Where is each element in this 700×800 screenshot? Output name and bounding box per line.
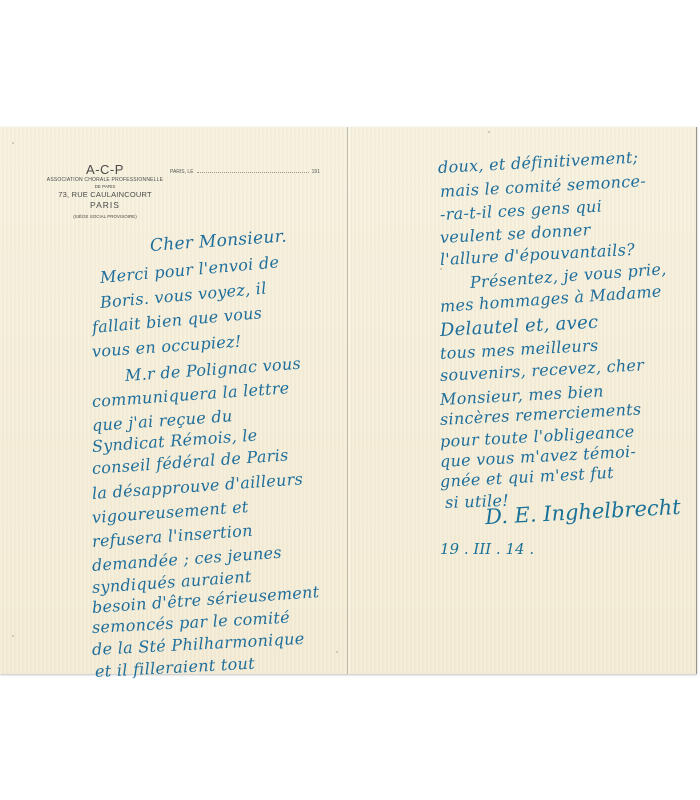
handwritten-date: 19 . III . 14 .: [440, 540, 534, 558]
paper-speck: [12, 142, 14, 144]
dateline-dots: [197, 172, 309, 173]
paper-speck: [12, 635, 14, 637]
fold-line: [347, 127, 348, 674]
paper-speck: [336, 651, 338, 653]
paper-speck: [488, 131, 490, 133]
letterhead-city: PARIS: [30, 200, 180, 211]
letterhead: A-C-P Association Chorale Professionnell…: [30, 162, 180, 220]
letterhead-address: 73, Rue Caulaincourt: [30, 190, 180, 200]
dateline-prefix: PARIS, LE: [170, 169, 194, 175]
letterhead-logo: A-C-P: [30, 162, 180, 177]
letterhead-note: (siège social provisoire): [30, 213, 180, 220]
printed-dateline: PARIS, LE 191: [170, 169, 320, 175]
paper-speck: [440, 268, 442, 270]
fold-highlight: [349, 127, 350, 674]
dateline-year: 191: [312, 169, 320, 175]
letterhead-association: Association Chorale Professionnelle: [30, 177, 180, 184]
